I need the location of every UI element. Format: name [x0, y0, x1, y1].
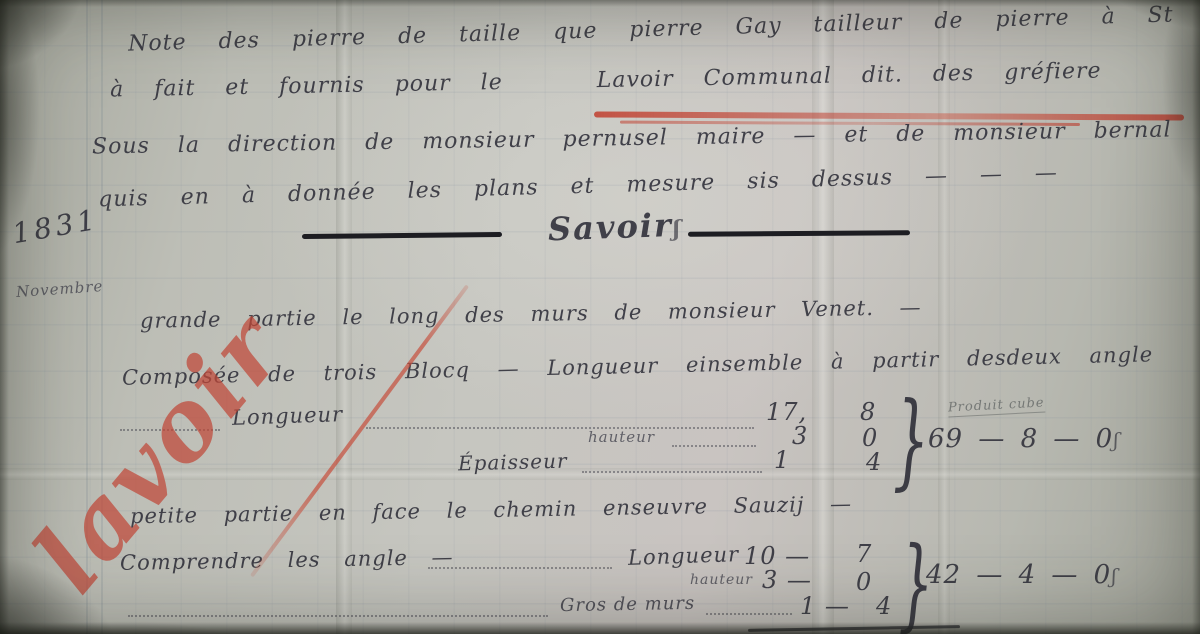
block2-row2-v1: 3 —: [762, 566, 812, 594]
dotted-leader: [582, 470, 762, 473]
block2-total-text: 42 — 4 — 0: [926, 560, 1111, 590]
section-title: Savoirʃ: [547, 206, 682, 249]
header-line-4: quis en à donnée les plans et mesure sis…: [98, 161, 1058, 213]
dotted-leader: [672, 444, 756, 447]
block1-row2-label: hauteur: [588, 428, 655, 446]
handwritten-content: Note des pierre de taille que pierre Gay…: [0, 0, 1200, 634]
section-title-text: Savoir: [547, 206, 673, 248]
block1-row2-v1: 3: [792, 422, 808, 450]
block2-row1-v2: 7: [856, 540, 872, 568]
month-label: Novembre: [15, 277, 103, 301]
block2-row2-label: hauteur: [690, 572, 753, 588]
dotted-leader: [366, 426, 754, 429]
lavoir-communal-text: Lavoir Communal dit. des gréfiere: [596, 58, 1101, 93]
block1-row3-v1: 1: [774, 446, 790, 474]
section-rule-left: [302, 232, 502, 239]
block2-row3-label: Gros de murs: [560, 593, 696, 616]
block2-row1-label: Longueur: [628, 542, 740, 570]
section-rule-right: [688, 230, 910, 237]
brace-block1: }: [893, 388, 929, 492]
block1-row3-label: Épaisseur: [458, 449, 568, 476]
dotted-leader: [428, 566, 612, 569]
flourish-mark: ʃ: [1111, 564, 1117, 588]
header-line-2: à fait et fournis pour le Lavoir Communa…: [110, 58, 1102, 102]
block2-total: 42 — 4 — 0ʃ: [926, 560, 1118, 590]
block1-row1-v2: 8: [860, 398, 876, 426]
block2-row3-v1: 1 —: [800, 592, 850, 620]
year-label: 1831: [10, 203, 102, 251]
header-line-1: Note des pierre de taille que pierre Gay…: [128, 0, 1200, 56]
block2-row2-v2: 0: [856, 568, 872, 596]
dotted-leader: [706, 612, 792, 615]
body-para-3: petite partie en face le chemin enseuvre…: [130, 492, 852, 529]
body-para-4: Comprendre les angle —: [120, 545, 454, 575]
block1-row3-v2: 4: [866, 448, 882, 476]
produit-cube-note: Produit cube: [948, 395, 1045, 417]
block1-total-text: 69 — 8 — 0: [928, 424, 1113, 454]
manuscript-photo: Note des pierre de taille que pierre Gay…: [0, 0, 1200, 634]
flourish-mark: ʃ: [1113, 428, 1119, 452]
flourish-mark: ʃ: [672, 216, 682, 242]
header-line-2-prefix: à fait et fournis pour le: [110, 70, 503, 103]
block2-row3-v2: 4: [876, 592, 892, 620]
header-line-3: Sous la direction de monsieur pernusel m…: [92, 118, 1172, 160]
block1-total: 69 — 8 — 0ʃ: [928, 424, 1120, 454]
dotted-leader: [128, 614, 548, 617]
